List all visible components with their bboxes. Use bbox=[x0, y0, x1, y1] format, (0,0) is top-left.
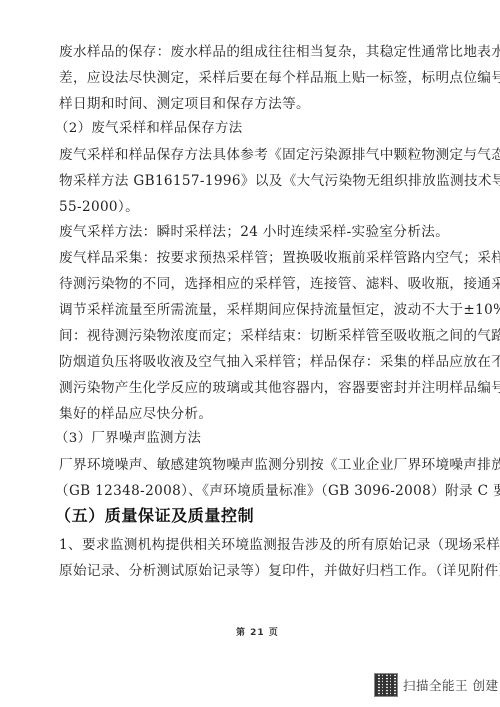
paragraph-line: 厂界环境噪声、敏感建筑物噪声监测分别按《工业企业厂界环境噪声排放标准》 bbox=[59, 457, 441, 473]
paragraph-line: 废气样品采集：按要求预热采样管；置换吸收瓶前采样管路内空气；采样根据 bbox=[59, 250, 441, 266]
paragraph-line: 测污染物产生化学反应的玻璃或其他容器内，容器要密封并注明样品编号，采 bbox=[59, 380, 441, 396]
paragraph-line: 物采样方法 GB16157-1996》以及《大气污染物无组织排放监测技术导则》（… bbox=[59, 173, 441, 189]
paragraph-line: （GB 12348-2008）、《声环境质量标准》（GB 3096-2008）附… bbox=[55, 483, 437, 499]
paragraph-line: 集好的样品应尽快分析。 bbox=[59, 406, 441, 422]
paragraph-line: 1、要求监测机构提供相关环境监测报告涉及的所有原始记录（现场采样、监测 bbox=[59, 537, 441, 553]
paragraph-line: 废气采样和样品保存方法具体参考《固定污染源排气中颗粒物测定与气态污染 bbox=[59, 147, 441, 163]
paragraph-line: 55-2000）。 bbox=[59, 199, 441, 215]
watermark-text: 扫描全能王 创建 bbox=[403, 676, 498, 694]
paragraph-line: 间：视待测污染物浓度而定；采样结束：切断采样管至吸收瓶之间的气路，以 bbox=[59, 328, 441, 344]
document-page: 废水样品的保存：废水样品的组成往往相当复杂，其稳定性通常比地表水样更 差，应设法… bbox=[0, 0, 500, 707]
scanner-watermark: 扫描全能王 创建 bbox=[374, 672, 498, 698]
paragraph-line: 样日期和时间、测定项目和保存方法等。 bbox=[59, 96, 441, 112]
paragraph-line: 原始记录、分析测试原始记录等）复印件，并做好归档工作。（详见附件） bbox=[59, 563, 441, 579]
section-2-title: （2）废气采样和样品保存方法 bbox=[55, 121, 437, 137]
page-number: 第 21 页 bbox=[236, 625, 279, 638]
paragraph-line: 废气采样方法：瞬时采样法；24 小时连续采样-实验室分析法。 bbox=[59, 224, 441, 240]
qr-code-icon bbox=[374, 673, 398, 697]
paragraph-line: 差，应设法尽快测定，采样后要在每个样品瓶上贴一标签，标明点位编号、采 bbox=[59, 70, 441, 86]
paragraph-line: 防烟道负压将吸收液及空气抽入采样管；样品保存：采集的样品应放在不与被 bbox=[59, 354, 441, 370]
section-3-title: （3）厂界噪声监测方法 bbox=[55, 431, 437, 447]
paragraph-line: 待测污染物的不同，选择相应的采样管，连接管、滤料、吸收瓶，接通采样管路， bbox=[59, 276, 441, 292]
section-5-heading: （五）质量保证及质量控制 bbox=[55, 507, 254, 525]
paragraph-line: 调节采样流量至所需流量，采样期间应保持流量恒定，波动不大于±10%。采样时 bbox=[59, 302, 441, 318]
paragraph-line: 废水样品的保存：废水样品的组成往往相当复杂，其稳定性通常比地表水样更 bbox=[59, 44, 441, 60]
